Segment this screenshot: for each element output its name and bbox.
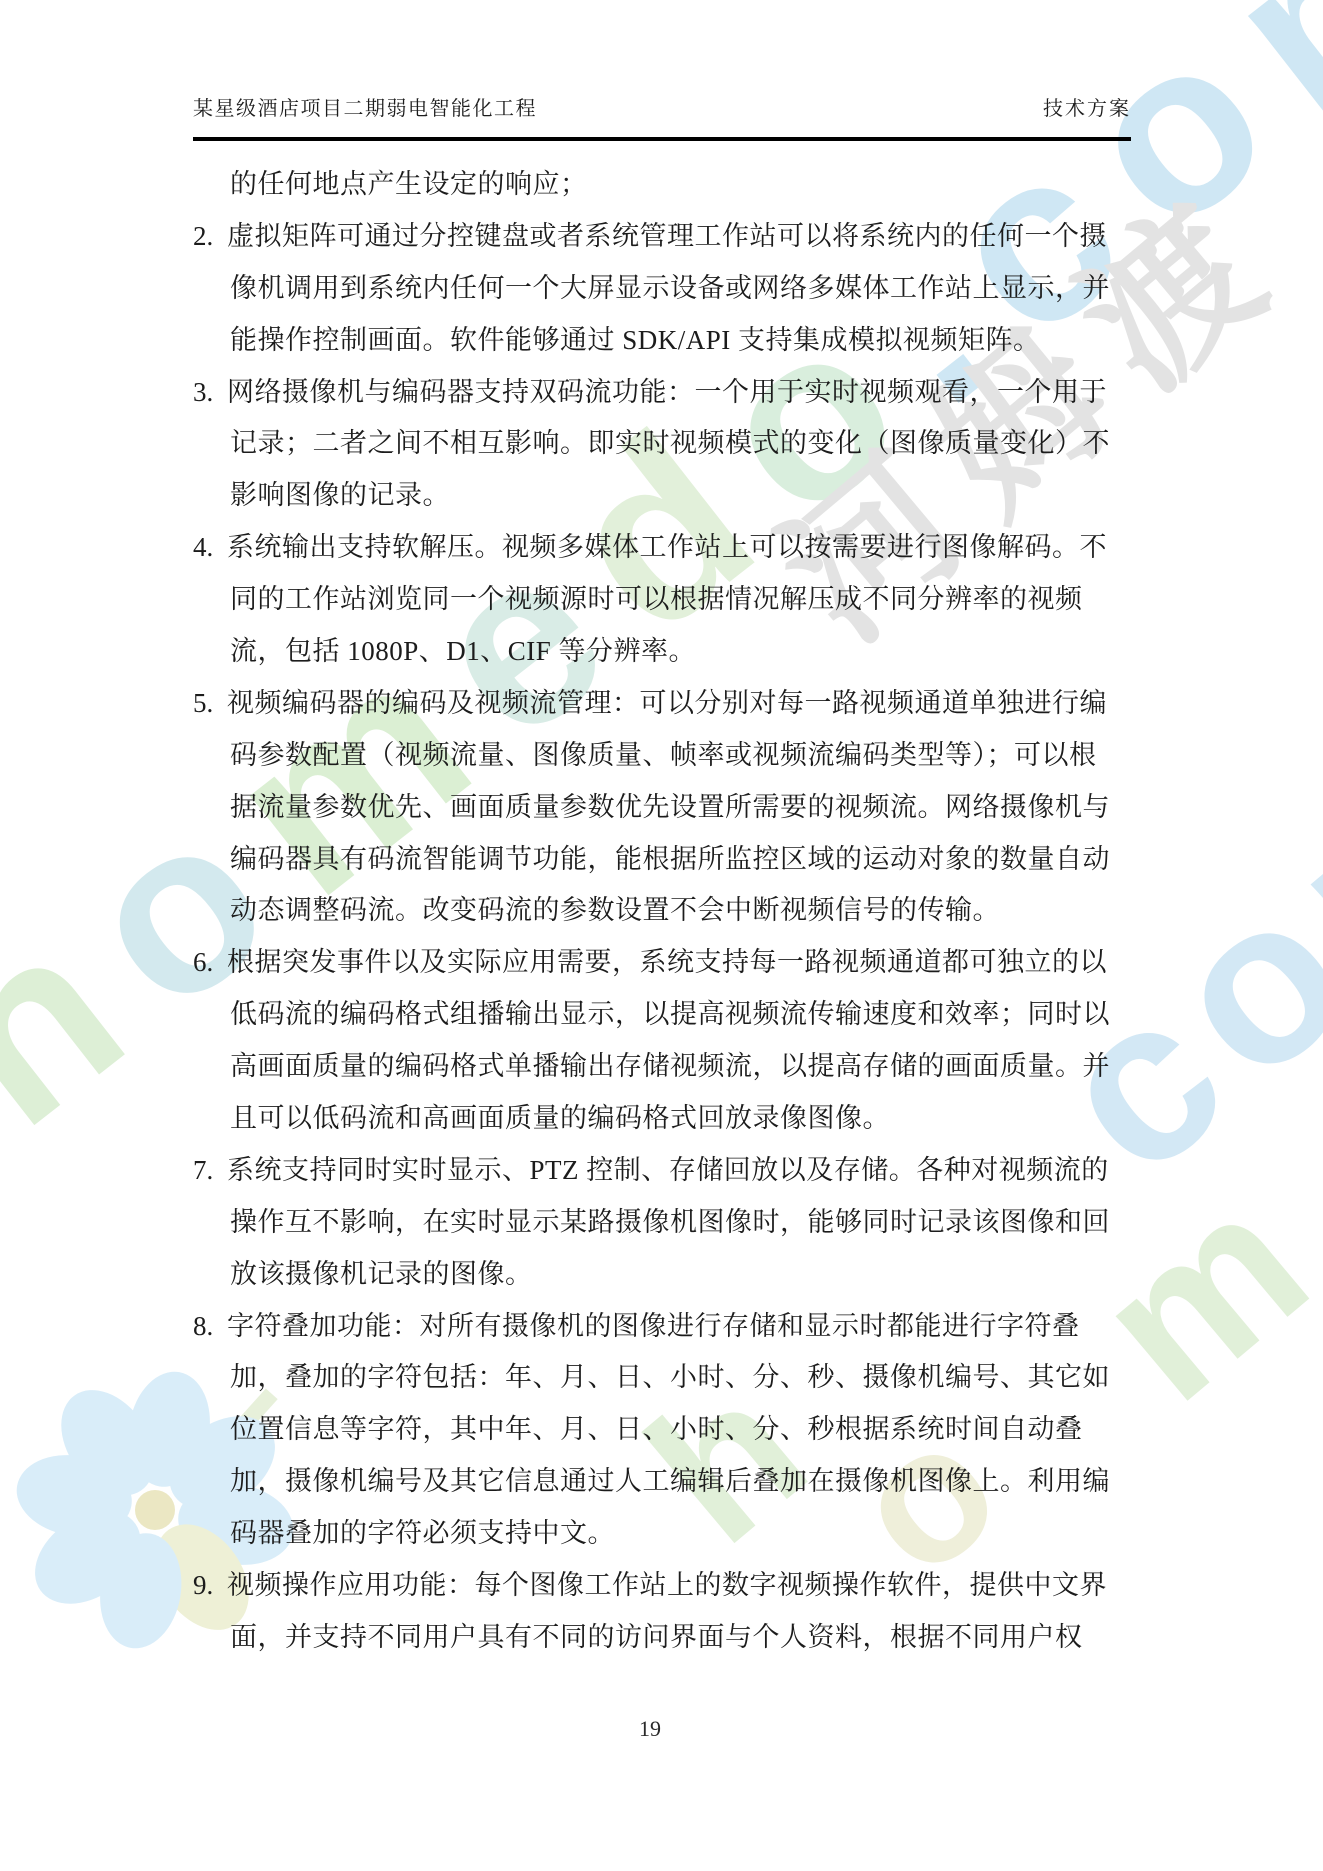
body-line-text: 低码流的编码格式组播输出显示，以提高视频流传输速度和效率；同时以 bbox=[230, 999, 1110, 1029]
body-line-text: 像机调用到系统内任何一个大屏显示设备或网络多媒体工作站上显示，并 bbox=[230, 273, 1110, 303]
body-line: 高画面质量的编码格式单播输出存储视频流，以提高存储的画面质量。并 bbox=[193, 1041, 1153, 1093]
body-line: 低码流的编码格式组播输出显示，以提高视频流传输速度和效率；同时以 bbox=[193, 989, 1153, 1041]
body-line-text: 记录；二者之间不相互影响。即实时视频模式的变化（图像质量变化）不 bbox=[230, 428, 1110, 458]
body-line: 3.网络摄像机与编码器支持双码流功能：一个用于实时视频观看，一个用于 bbox=[193, 367, 1153, 419]
body-line-text: 放该摄像机记录的图像。 bbox=[230, 1259, 533, 1289]
list-number: 6. bbox=[193, 937, 227, 989]
body-line-text: 码器叠加的字符必须支持中文。 bbox=[230, 1518, 615, 1548]
body-line-text: 位置信息等字符，其中年、月、日、小时、分、秒根据系统时间自动叠 bbox=[230, 1414, 1083, 1444]
body-line: 操作互不影响，在实时显示某路摄像机图像时，能够同时记录该图像和回 bbox=[193, 1197, 1153, 1249]
body-line: 加，叠加的字符包括：年、月、日、小时、分、秒、摄像机编号、其它如 bbox=[193, 1352, 1153, 1404]
body-line-text: 操作互不影响，在实时显示某路摄像机图像时，能够同时记录该图像和回 bbox=[230, 1207, 1110, 1237]
list-number: 8. bbox=[193, 1301, 227, 1353]
body-line: 2.虚拟矩阵可通过分控键盘或者系统管理工作站可以将系统内的任何一个摄 bbox=[193, 211, 1153, 263]
body-line-text: 加，叠加的字符包括：年、月、日、小时、分、秒、摄像机编号、其它如 bbox=[230, 1362, 1110, 1392]
body-line: 记录；二者之间不相互影响。即实时视频模式的变化（图像质量变化）不 bbox=[193, 418, 1153, 470]
watermark-letter: m bbox=[1180, 0, 1323, 166]
body-line: 能操作控制画面。软件能够通过 SDK/API 支持集成模拟视频矩阵。 bbox=[193, 315, 1153, 367]
body-line: 像机调用到系统内任何一个大屏显示设备或网络多媒体工作站上显示，并 bbox=[193, 263, 1153, 315]
document-body: 的任何地点产生设定的响应；2.虚拟矩阵可通过分控键盘或者系统管理工作站可以将系统… bbox=[193, 159, 1153, 1664]
body-line-text: 高画面质量的编码格式单播输出存储视频流，以提高存储的画面质量。并 bbox=[230, 1051, 1110, 1081]
body-line-text: 同的工作站浏览同一个视频源时可以根据情况解压成不同分辨率的视频 bbox=[230, 584, 1083, 614]
body-line-text: 流，包括 1080P、D1、CIF 等分辨率。 bbox=[230, 636, 696, 666]
header-project-title: 某星级酒店项目二期弱电智能化工程 bbox=[193, 92, 537, 121]
body-line: 流，包括 1080P、D1、CIF 等分辨率。 bbox=[193, 626, 1153, 678]
body-line: 动态调整码流。改变码流的参数设置不会中断视频信号的传输。 bbox=[193, 885, 1153, 937]
body-line: 码参数配置（视频流量、图像质量、帧率或视频流编码类型等）；可以根 bbox=[193, 730, 1153, 782]
body-line: 码器叠加的字符必须支持中文。 bbox=[193, 1508, 1153, 1560]
header-doc-type: 技术方案 bbox=[1043, 92, 1131, 121]
page-number: 19 bbox=[0, 1716, 1300, 1742]
body-line-text: 视频编码器的编码及视频流管理：可以分别对每一路视频通道单独进行编 bbox=[227, 688, 1107, 718]
document-page: homedo.com 河姆渡 com h o m 某 bbox=[0, 0, 1323, 1871]
body-line: 编码器具有码流智能调节功能，能根据所监控区域的运动对象的数量自动 bbox=[193, 834, 1153, 886]
body-line: 4.系统输出支持软解压。视频多媒体工作站上可以按需要进行图像解码。不 bbox=[193, 522, 1153, 574]
body-line: 面，并支持不同用户具有不同的访问界面与个人资料，根据不同用户权 bbox=[193, 1612, 1153, 1664]
body-line: 7.系统支持同时实时显示、PTZ 控制、存储回放以及存储。各种对视频流的 bbox=[193, 1145, 1153, 1197]
body-line-text: 的任何地点产生设定的响应； bbox=[230, 169, 588, 199]
body-line: 9.视频操作应用功能：每个图像工作站上的数字视频操作软件，提供中文界 bbox=[193, 1560, 1153, 1612]
body-line: 6.根据突发事件以及实际应用需要，系统支持每一路视频通道都可独立的以 bbox=[193, 937, 1153, 989]
body-line: 放该摄像机记录的图像。 bbox=[193, 1249, 1153, 1301]
body-line-text: 动态调整码流。改变码流的参数设置不会中断视频信号的传输。 bbox=[230, 895, 1000, 925]
body-line-text: 据流量参数优先、画面质量参数优先设置所需要的视频流。网络摄像机与 bbox=[230, 792, 1110, 822]
body-line-text: 影响图像的记录。 bbox=[230, 480, 450, 510]
list-number: 5. bbox=[193, 678, 227, 730]
body-line: 且可以低码流和高画面质量的编码格式回放录像图像。 bbox=[193, 1093, 1153, 1145]
body-line: 影响图像的记录。 bbox=[193, 470, 1153, 522]
body-line-text: 系统输出支持软解压。视频多媒体工作站上可以按需要进行图像解码。不 bbox=[227, 532, 1107, 562]
body-line-text: 虚拟矩阵可通过分控键盘或者系统管理工作站可以将系统内的任何一个摄 bbox=[227, 221, 1107, 251]
body-line: 位置信息等字符，其中年、月、日、小时、分、秒根据系统时间自动叠 bbox=[193, 1404, 1153, 1456]
body-line-text: 且可以低码流和高画面质量的编码格式回放录像图像。 bbox=[230, 1103, 890, 1133]
body-line: 据流量参数优先、画面质量参数优先设置所需要的视频流。网络摄像机与 bbox=[193, 782, 1153, 834]
body-line: 同的工作站浏览同一个视频源时可以根据情况解压成不同分辨率的视频 bbox=[193, 574, 1153, 626]
body-line-text: 网络摄像机与编码器支持双码流功能：一个用于实时视频观看，一个用于 bbox=[227, 377, 1107, 407]
list-number: 3. bbox=[193, 367, 227, 419]
list-number: 9. bbox=[193, 1560, 227, 1612]
header-rule bbox=[193, 137, 1131, 141]
list-number: 2. bbox=[193, 211, 227, 263]
body-line: 加，摄像机编号及其它信息通过人工编辑后叠加在摄像机图像上。利用编 bbox=[193, 1456, 1153, 1508]
body-line: 5.视频编码器的编码及视频流管理：可以分别对每一路视频通道单独进行编 bbox=[193, 678, 1153, 730]
body-line-text: 面，并支持不同用户具有不同的访问界面与个人资料，根据不同用户权 bbox=[230, 1622, 1083, 1652]
body-line: 的任何地点产生设定的响应； bbox=[193, 159, 1153, 211]
body-line: 8.字符叠加功能：对所有摄像机的图像进行存储和显示时都能进行字符叠 bbox=[193, 1301, 1153, 1353]
body-line-text: 能操作控制画面。软件能够通过 SDK/API 支持集成模拟视频矩阵。 bbox=[230, 325, 1041, 355]
list-number: 7. bbox=[193, 1145, 227, 1197]
body-line-text: 系统支持同时实时显示、PTZ 控制、存储回放以及存储。各种对视频流的 bbox=[227, 1155, 1109, 1185]
body-line-text: 码参数配置（视频流量、图像质量、帧率或视频流编码类型等）；可以根 bbox=[230, 740, 1097, 770]
body-line-text: 视频操作应用功能：每个图像工作站上的数字视频操作软件，提供中文界 bbox=[227, 1570, 1107, 1600]
body-line-text: 编码器具有码流智能调节功能，能根据所监控区域的运动对象的数量自动 bbox=[230, 844, 1110, 874]
watermark-letter: h bbox=[0, 850, 200, 1176]
list-number: 4. bbox=[193, 522, 227, 574]
body-line-text: 根据突发事件以及实际应用需要，系统支持每一路视频通道都可独立的以 bbox=[227, 947, 1107, 977]
body-line-text: 字符叠加功能：对所有摄像机的图像进行存储和显示时都能进行字符叠 bbox=[227, 1311, 1080, 1341]
body-line-text: 加，摄像机编号及其它信息通过人工编辑后叠加在摄像机图像上。利用编 bbox=[230, 1466, 1110, 1496]
